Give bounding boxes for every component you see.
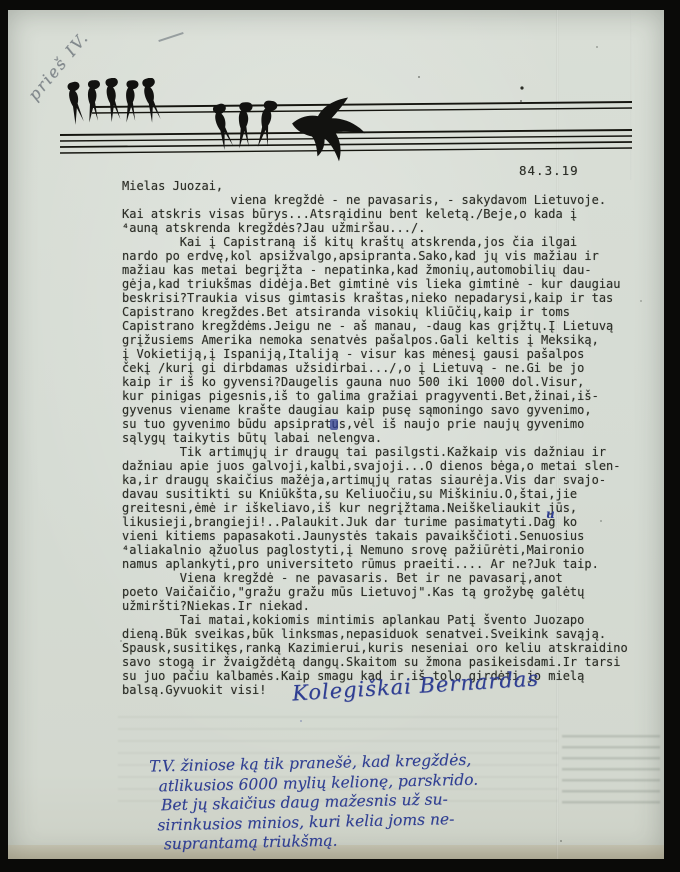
- ink-speck: [520, 86, 523, 89]
- scan-border: [0, 859, 680, 872]
- letter-date: 84.3.19: [519, 163, 579, 178]
- swallow-group-left: [67, 78, 161, 125]
- scan-border: [664, 0, 680, 872]
- blue-ink-correction-blot: [330, 419, 338, 430]
- scan-border: [0, 0, 680, 10]
- scan-border: [0, 0, 8, 872]
- swallow-group-middle: [212, 99, 279, 151]
- handwritten-postscript: T.V. žiniose ką tik pranešė, kad kregždė…: [149, 749, 581, 855]
- handwritten-correction-u: u: [546, 507, 555, 521]
- scanned-letter-page: prieš IV. 84.: [0, 0, 680, 872]
- letter-body: Mielas Juozai, viena kregždė - ne pavasa…: [122, 179, 628, 697]
